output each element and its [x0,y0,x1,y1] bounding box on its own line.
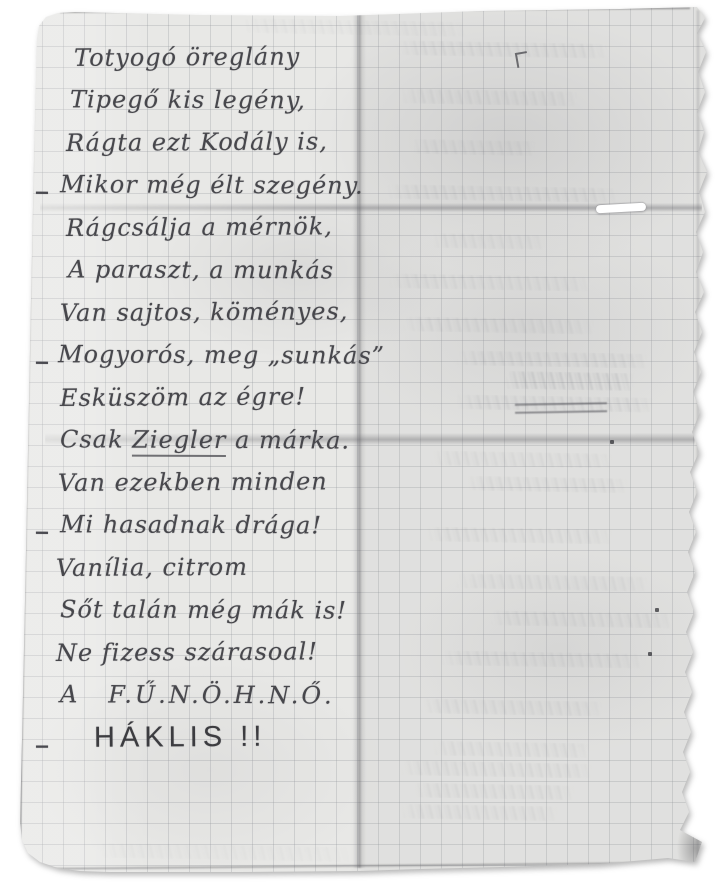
paper-sheet: Totyogó öreglány Tipegő kis legény, Rágt… [0,0,727,887]
bleed-through-line [95,843,355,863]
paper-edge-left [19,15,36,860]
bleed-through-line [432,233,547,250]
poem-line-text: A [60,680,78,708]
poem-line: Ne fizess szárasoal! [52,630,392,675]
poem-line-text: A paraszt, a munkás [68,255,334,284]
bleed-through-line [412,139,537,156]
bleed-through-line [440,650,645,669]
stanza-dash: _ [36,499,49,542]
poem-line-text: Vanília, citrom [56,553,248,582]
paper-edge-right-torn [697,10,699,858]
bleed-through-line [386,184,621,203]
bleed-through-line [455,573,650,591]
stray-pencil-tick [330,11,339,16]
poem-line: Sőt talán még mák is! [52,588,392,632]
poem-line-text: Sőt talán még mák is! [60,595,347,624]
ink-speck [648,652,652,656]
bleed-through-line [400,88,580,106]
bleed-through-line [430,450,615,468]
poem-line: Van sajtos, köményes, [52,290,392,335]
stanza-dash: _ [36,329,49,372]
poem-line-text: Tipegő kis legény, [70,85,306,114]
stanza-dash: _ [36,159,49,202]
poem-line: Csak Ziegler a márka. [52,418,392,462]
bleed-through-line [490,610,675,628]
bleed-through-line [395,40,610,59]
poem-line-text: a márka. [226,426,350,455]
stray-pencil-hook [515,51,529,68]
bleed-through-line [412,783,577,801]
poem-line-text: Van ezekben minden [58,467,328,497]
poem-line-text: Van sajtos, köményes, [60,297,349,327]
poem-line: Rágta ezt Kodály is, [52,120,392,165]
poem-line: A paraszt, a munkás [52,248,392,292]
handwritten-poem: Totyogó öreglány Tipegő kis legény, Rágt… [52,36,392,759]
stanza-dash: _ [36,713,49,756]
poem-line: Totyogó öreglány [52,35,392,80]
haklis-text: HÁKLIS !! [94,721,267,754]
scanned-page: Totyogó öreglány Tipegő kis legény, Rágt… [0,0,727,887]
bleed-through-line [388,273,593,292]
poem-line: _Mikor még élt szegény. [52,163,392,207]
underlined-brand-name: Ziegler [132,425,226,456]
bleed-through-line [240,18,470,37]
poem-line: Van ezekben minden [52,460,392,505]
bleed-through-line [432,741,592,759]
bleed-through-line-dark [505,371,635,391]
poem-line-text: Csak [60,425,132,453]
poem-line-acronym: AF.Ű.N.Ö.H.N.Ő. [52,673,392,717]
bleed-through-line [402,316,597,334]
bleed-through-double-underline [515,402,607,414]
bleed-through-line [455,350,650,368]
bleed-through-line [465,476,630,494]
paper-shadow-wrap: Totyogó öreglány Tipegő kis legény, Rágt… [0,0,727,887]
poem-line-text: Mogyorós, meg „sunkás” [58,340,385,369]
paper-edge-top [60,7,690,12]
bleed-through-line [400,760,595,778]
poem-line: Tipegő kis legény, [52,78,392,122]
poem-line: _Mogyorós, meg „sunkás” [52,333,392,377]
poem-line-text: Mi hasadnak drága! [60,510,322,539]
poem-line: Rágcsálja a mérnök, [52,205,392,250]
bleed-through-line [420,698,605,716]
poem-line-text: Rágta ezt Kodály is, [66,127,328,157]
bleed-through-line [400,804,560,822]
poem-line: _Mi hasadnak drága! [52,503,392,547]
acronym-text: F.Ű.N.Ö.H.N.Ő. [108,680,334,709]
poem-line: Esküszöm az égre! [52,375,392,420]
bleed-through-line [425,526,615,544]
poem-line: Vanília, citrom [52,545,392,590]
poem-line-text: Totyogó öreglány [74,43,300,72]
poem-line-text: Mikor még élt szegény. [60,170,364,199]
poem-line-text: Ne fizess szárasoal! [56,637,318,667]
poem-line-haklis: _HÁKLIS !! [52,715,392,760]
ink-speck [610,440,614,444]
poem-line-text: Esküszöm az égre! [60,382,306,412]
ink-speck [655,608,659,612]
poem-line-text: Rágcsálja a mérnök, [66,212,333,242]
